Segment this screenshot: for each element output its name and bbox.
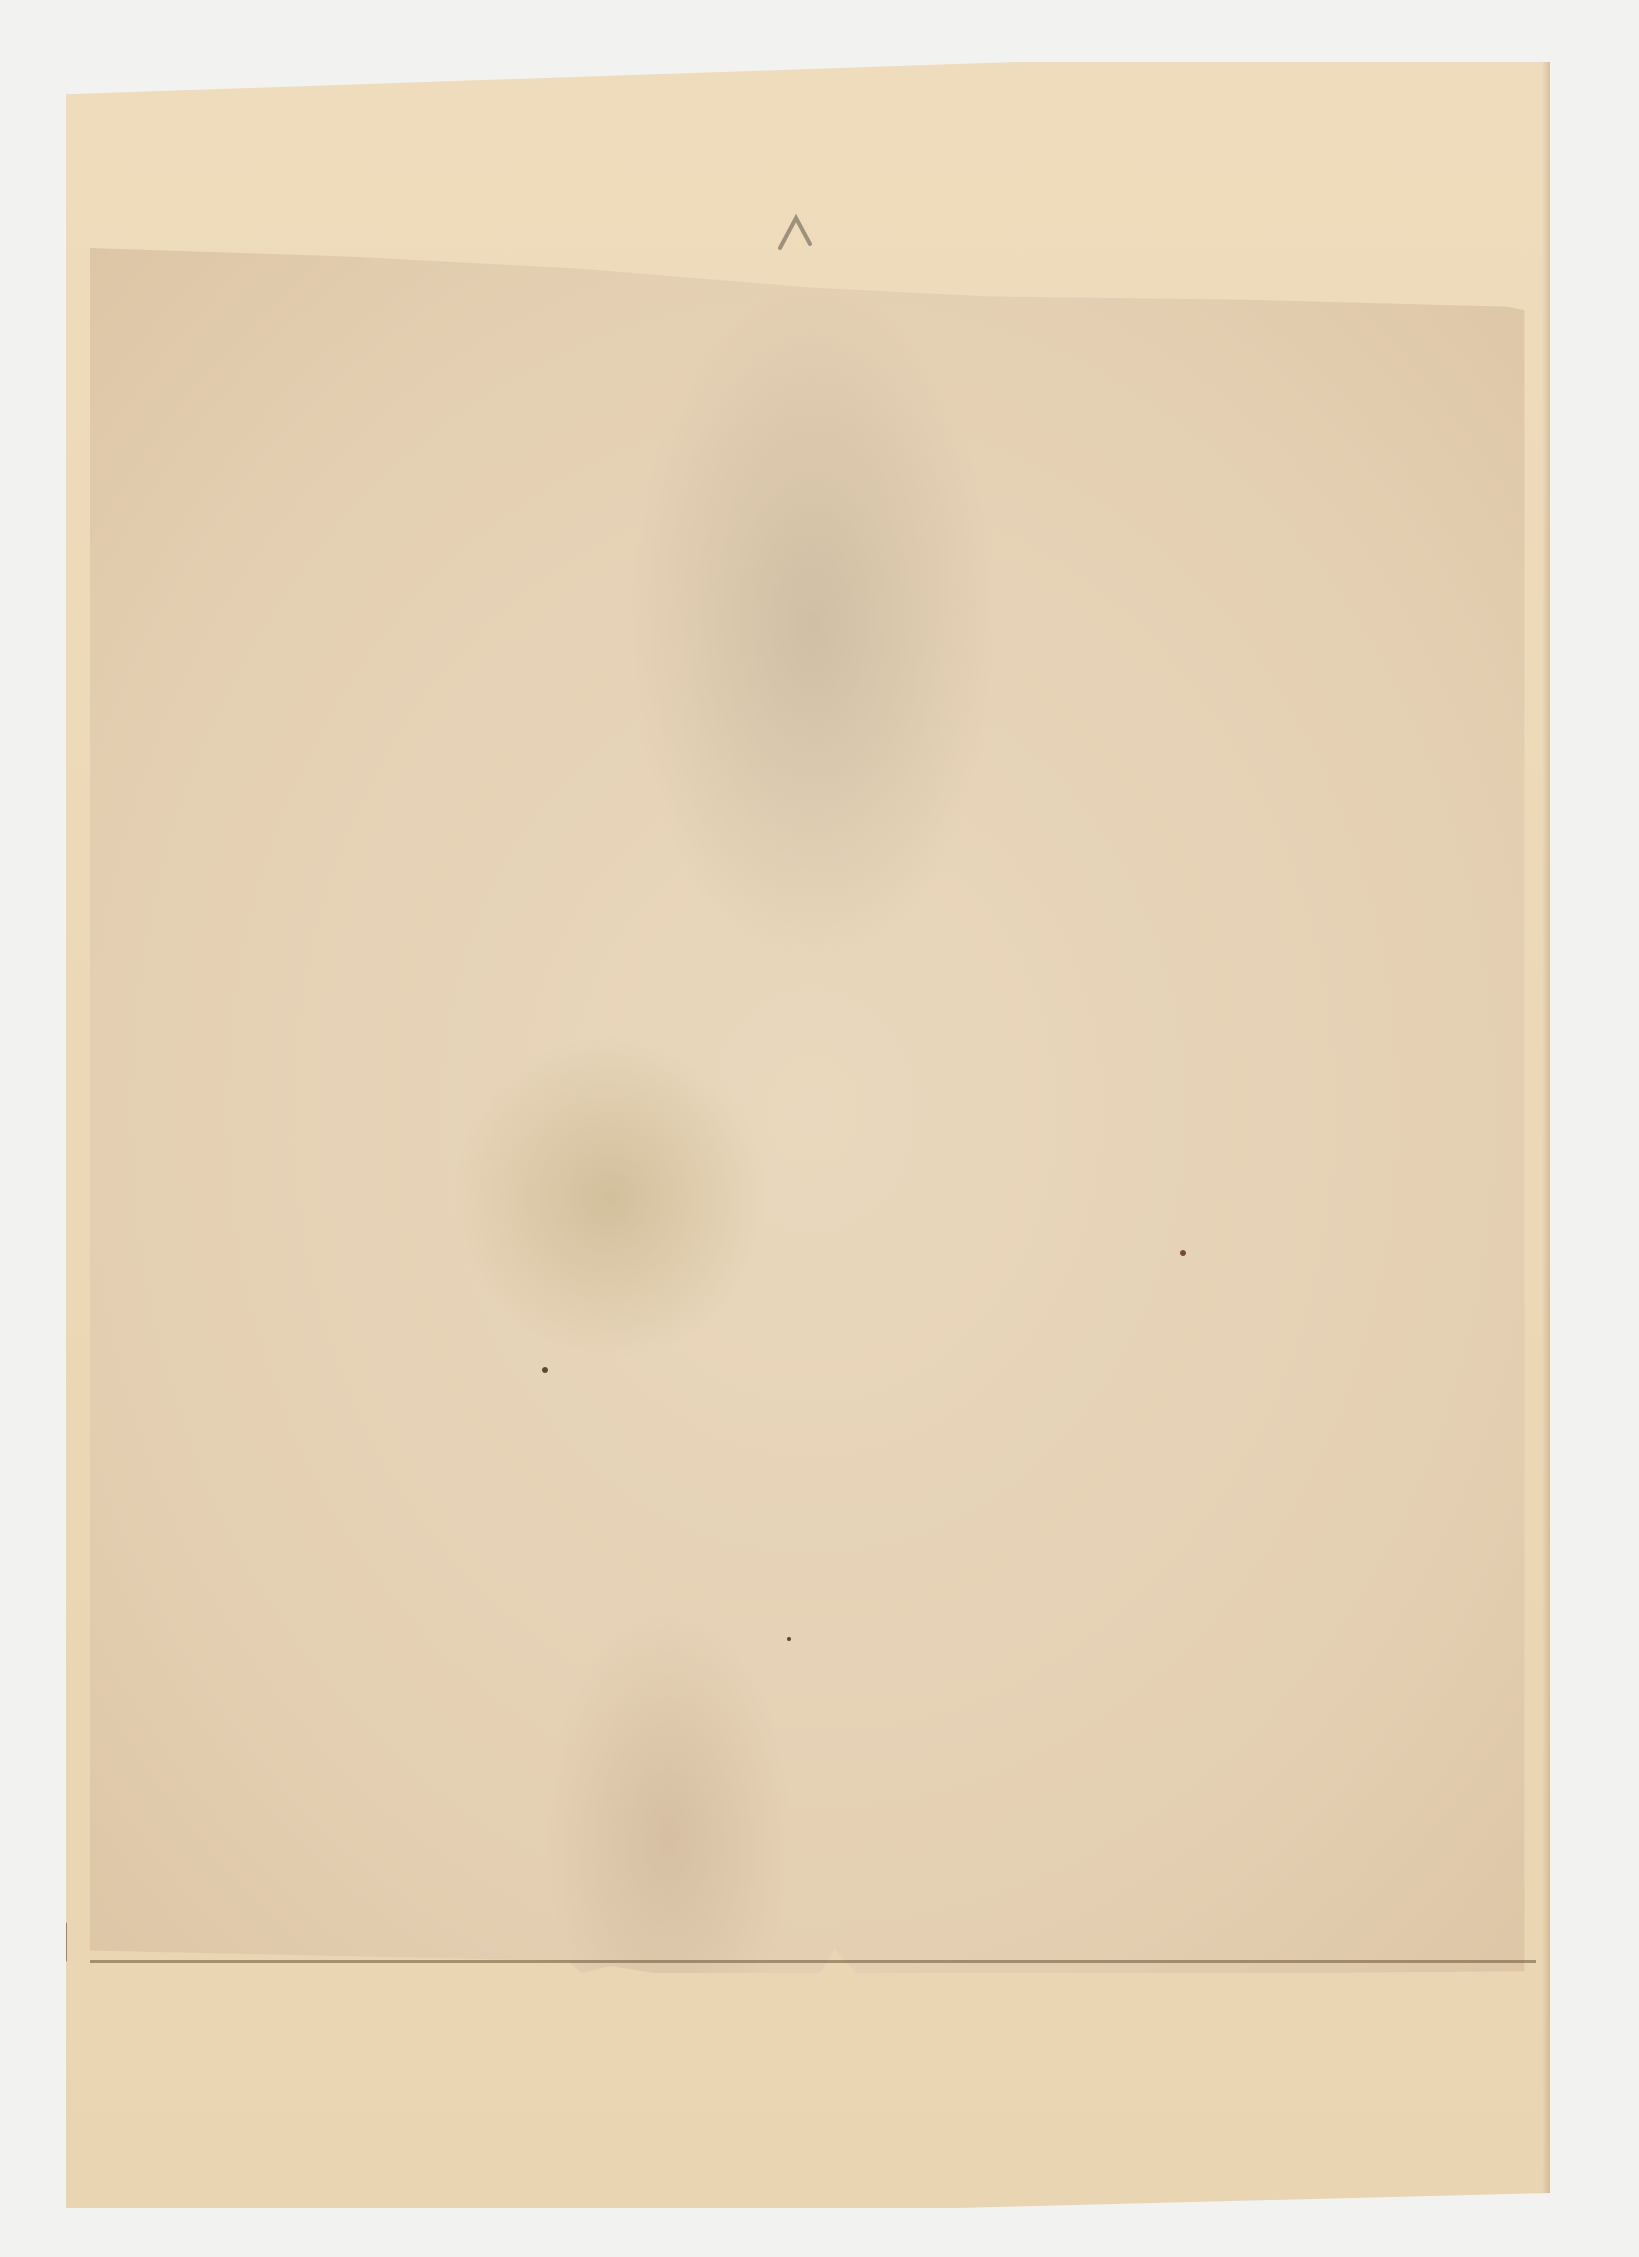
- antique-card: [66, 62, 1550, 2208]
- card-edge: [1542, 62, 1550, 2208]
- speck: [542, 1367, 548, 1373]
- pasted-paper-sheet: [90, 248, 1536, 1973]
- pencil-mark-icon: [776, 212, 816, 252]
- speck: [62, 1922, 67, 1962]
- speck: [1180, 1250, 1186, 1256]
- paper-torn-edge: [90, 1960, 1536, 1963]
- speck: [787, 1637, 791, 1641]
